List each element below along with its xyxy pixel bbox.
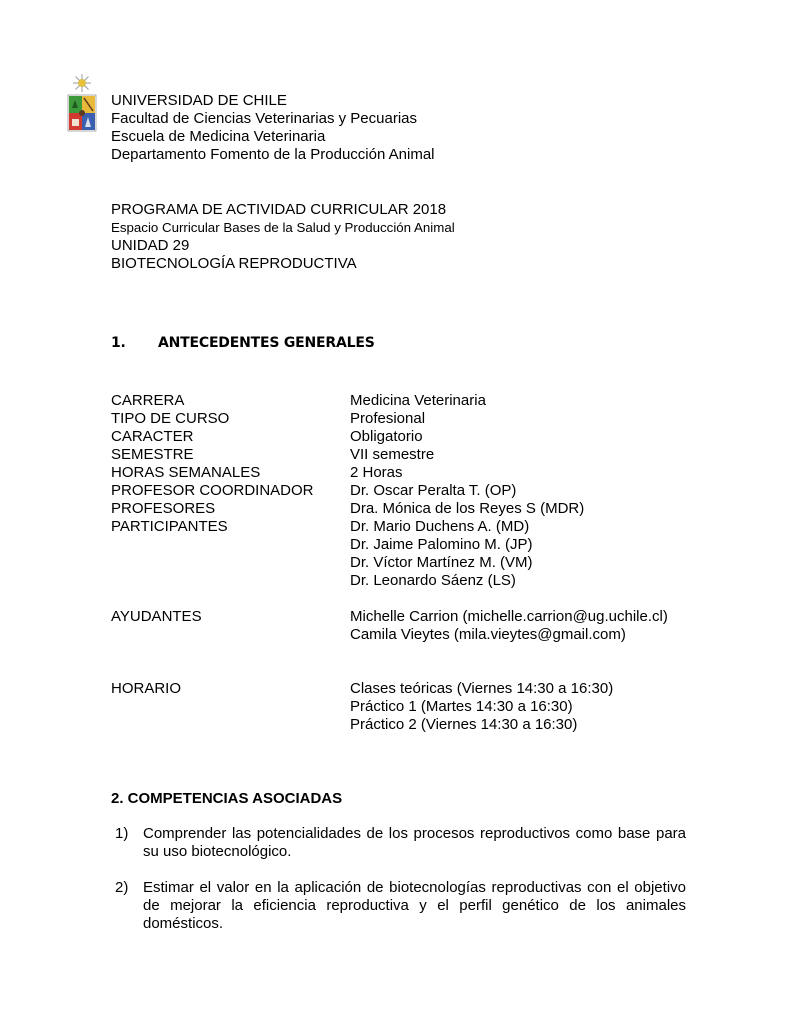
info-label: CARRERA	[111, 392, 350, 410]
curricular-space: Espacio Curricular Bases de la Salud y P…	[111, 219, 455, 237]
section-2-heading: 2. COMPETENCIAS ASOCIADAS	[111, 790, 342, 808]
info-label: PARTICIPANTES	[111, 518, 350, 590]
info-row-horario: HORARIO Clases teóricas (Viernes 14:30 a…	[111, 680, 668, 734]
info-label: PROFESOR COORDINADOR	[111, 482, 350, 500]
info-row-ayudantes: AYUDANTES Michelle Carrion (michelle.car…	[111, 608, 668, 644]
university-of-chile-crest-icon	[66, 73, 98, 135]
info-value: 2 Horas	[350, 464, 403, 482]
info-value: Michelle Carrion (michelle.carrion@ug.uc…	[350, 608, 668, 626]
info-row-caracter: CARACTER Obligatorio	[111, 428, 668, 446]
info-row-participantes: PARTICIPANTES Dr. Mario Duchens A. (MD) …	[111, 518, 668, 590]
info-label: TIPO DE CURSO	[111, 410, 350, 428]
info-label: PROFESORES	[111, 500, 350, 518]
info-value: Práctico 1 (Martes 14:30 a 16:30)	[350, 698, 613, 716]
info-row-tipo-curso: TIPO DE CURSO Profesional	[111, 410, 668, 428]
info-value: Dr. Mario Duchens A. (MD)	[350, 518, 533, 536]
list-item: 2) Estimar el valor en la aplicación de …	[111, 879, 686, 933]
info-value: Clases teóricas (Viernes 14:30 a 16:30)	[350, 680, 613, 698]
info-row-carrera: CARRERA Medicina Veterinaria	[111, 392, 668, 410]
info-label: SEMESTRE	[111, 446, 350, 464]
info-value: Práctico 2 (Viernes 14:30 a 16:30)	[350, 716, 613, 734]
competencies-list: 1) Comprender las potencialidades de los…	[111, 825, 686, 951]
info-value: Obligatorio	[350, 428, 423, 446]
info-label: CARACTER	[111, 428, 350, 446]
info-label: HORARIO	[111, 680, 350, 734]
university-name: UNIVERSIDAD DE CHILE	[111, 92, 435, 110]
info-value: Medicina Veterinaria	[350, 392, 486, 410]
list-item-text: Estimar el valor en la aplicación de bio…	[143, 879, 686, 933]
info-label: AYUDANTES	[111, 608, 350, 644]
list-item: 1) Comprender las potencialidades de los…	[111, 825, 686, 861]
info-value: Dr. Leonardo Sáenz (LS)	[350, 572, 533, 590]
info-value: Dra. Mónica de los Reyes S (MDR)	[350, 500, 584, 518]
unit-number: UNIDAD 29	[111, 237, 455, 255]
section-1-number: 1.	[111, 334, 158, 352]
department-name: Departamento Fomento de la Producción An…	[111, 146, 435, 164]
info-value: Camila Vieytes (mila.vieytes@gmail.com)	[350, 626, 668, 644]
school-name: Escuela de Medicina Veterinaria	[111, 128, 435, 146]
institution-header: UNIVERSIDAD DE CHILE Facultad de Ciencia…	[111, 92, 435, 164]
list-item-text: Comprender las potencialidades de los pr…	[143, 825, 686, 861]
info-value: Dr. Víctor Martínez M. (VM)	[350, 554, 533, 572]
section-1-heading: 1.ANTECEDENTES GENERALES	[111, 334, 375, 352]
list-item-number: 1)	[111, 825, 143, 861]
info-row-profesores: PROFESORES Dra. Mónica de los Reyes S (M…	[111, 500, 668, 518]
info-value: Dr. Oscar Peralta T. (OP)	[350, 482, 516, 500]
info-value: VII semestre	[350, 446, 434, 464]
info-row-coordinador: PROFESOR COORDINADOR Dr. Oscar Peralta T…	[111, 482, 668, 500]
info-row-semestre: SEMESTRE VII semestre	[111, 446, 668, 464]
info-label: HORAS SEMANALES	[111, 464, 350, 482]
program-block: PROGRAMA DE ACTIVIDAD CURRICULAR 2018 Es…	[111, 201, 455, 273]
faculty-name: Facultad de Ciencias Veterinarias y Pecu…	[111, 110, 435, 128]
section-1-title: ANTECEDENTES GENERALES	[158, 335, 375, 351]
list-item-number: 2)	[111, 879, 143, 933]
course-name: BIOTECNOLOGÍA REPRODUCTIVA	[111, 255, 455, 273]
info-row-horas: HORAS SEMANALES 2 Horas	[111, 464, 668, 482]
program-title: PROGRAMA DE ACTIVIDAD CURRICULAR 2018	[111, 201, 455, 219]
info-value: Profesional	[350, 410, 425, 428]
info-value: Dr. Jaime Palomino M. (JP)	[350, 536, 533, 554]
general-info-table: CARRERA Medicina Veterinaria TIPO DE CUR…	[111, 392, 668, 734]
